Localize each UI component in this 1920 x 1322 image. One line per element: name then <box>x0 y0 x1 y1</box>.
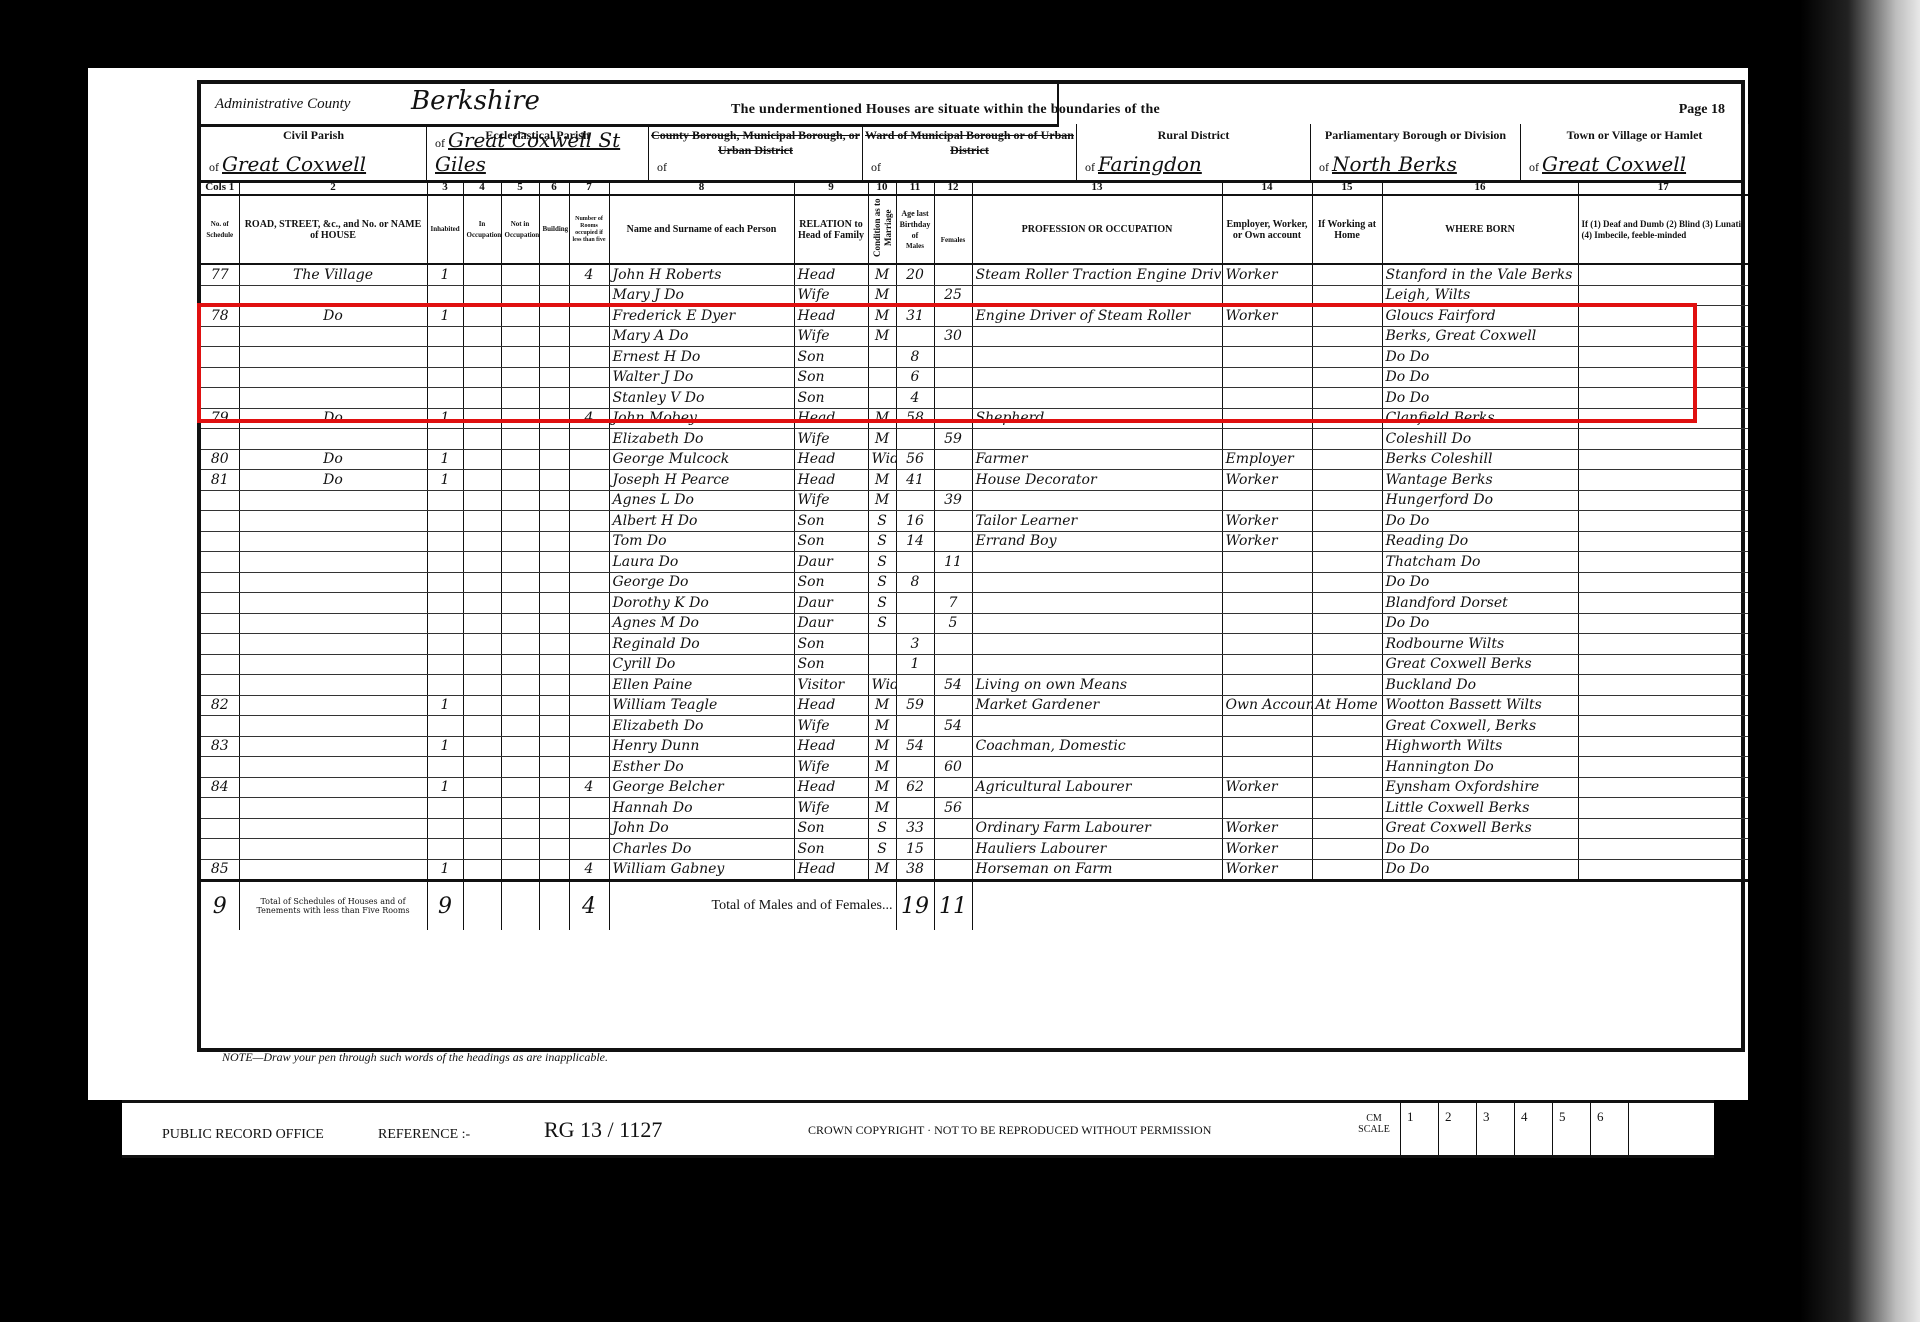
heading-rooms: Number of Rooms occupied if less than fi… <box>569 195 609 264</box>
age-male <box>896 429 934 450</box>
relation-to-head: Son <box>794 654 868 675</box>
houses-inhabited <box>427 839 463 860</box>
person-name: Esther Do <box>609 757 794 778</box>
working-at-home: At Home <box>1312 695 1382 716</box>
age-female: 56 <box>934 798 972 819</box>
age-male <box>896 613 934 634</box>
table-row: 831Henry DunnHeadM54Coachman, DomesticHi… <box>201 736 1748 757</box>
houses-inhabited <box>427 552 463 573</box>
houses-in-occupation <box>463 654 501 675</box>
heading-not-in-occupation: Not in Occupation <box>501 195 539 264</box>
occupation <box>972 367 1222 388</box>
employment-status <box>1222 593 1312 614</box>
working-at-home <box>1312 306 1382 327</box>
houses-not-in-occupation <box>501 572 539 593</box>
birthplace: Eynsham Oxfordshire <box>1382 777 1578 798</box>
rooms-count: 4 <box>569 264 609 285</box>
relation-to-head: Wife <box>794 429 868 450</box>
column-number: 17 <box>1578 180 1748 195</box>
relation-to-head: Son <box>794 367 868 388</box>
road-or-house <box>239 757 427 778</box>
age-female <box>934 306 972 327</box>
heading-condition: Condition as to Marriage <box>868 195 896 264</box>
person-name: George Belcher <box>609 777 794 798</box>
houses-in-occupation <box>463 429 501 450</box>
working-at-home <box>1312 552 1382 573</box>
schedule-number <box>201 347 239 368</box>
table-row: 78Do1Frederick E DyerHeadM31Engine Drive… <box>201 306 1748 327</box>
birthplace: Great Coxwell Berks <box>1382 654 1578 675</box>
employment-status: Worker <box>1222 818 1312 839</box>
houses-inhabited <box>427 634 463 655</box>
column-number: 12 <box>934 180 972 195</box>
birthplace: Clanfield Berks <box>1382 408 1578 429</box>
age-female <box>934 695 972 716</box>
relation-to-head: Son <box>794 839 868 860</box>
employment-status <box>1222 285 1312 306</box>
cm-scale: 123456 <box>1400 1103 1718 1155</box>
houses-inhabited <box>427 572 463 593</box>
houses-not-in-occupation <box>501 634 539 655</box>
age-male <box>896 716 934 737</box>
birthplace: Blandford Dorset <box>1382 593 1578 614</box>
age-male: 14 <box>896 531 934 552</box>
total-rooms: 4 <box>569 881 609 931</box>
working-at-home <box>1312 654 1382 675</box>
heading-employer: Employer, Worker, or Own account <box>1222 195 1312 264</box>
cm-scale-label: CM SCALE <box>1352 1113 1396 1135</box>
table-row: Esther DoWifeM60Hannington Do <box>201 757 1748 778</box>
area-value-line: of Great Coxwell St Giles <box>435 128 648 176</box>
birthplace: Highworth Wilts <box>1382 736 1578 757</box>
relation-to-head: Daur <box>794 552 868 573</box>
scan-edge-shadow <box>1800 0 1920 1322</box>
houses-building <box>539 757 569 778</box>
birthplace: Stanford in the Vale Berks <box>1382 264 1578 285</box>
houses-in-occupation <box>463 572 501 593</box>
rooms-count <box>569 593 609 614</box>
houses-not-in-occupation <box>501 552 539 573</box>
age-male: 62 <box>896 777 934 798</box>
houses-not-in-occupation <box>501 347 539 368</box>
age-female <box>934 818 972 839</box>
area-field: County Borough, Municipal Borough, or Ur… <box>649 124 863 180</box>
table-row: 80Do1George MulcockHeadWidr56FarmerEmplo… <box>201 449 1748 470</box>
birthplace: Do Do <box>1382 511 1578 532</box>
age-female: 11 <box>934 552 972 573</box>
houses-building <box>539 552 569 573</box>
schedule-number: 79 <box>201 408 239 429</box>
age-male: 58 <box>896 408 934 429</box>
table-row: Tom DoSonS14Errand BoyWorkerReading Do <box>201 531 1748 552</box>
infirmity <box>1578 798 1748 819</box>
age-female: 25 <box>934 285 972 306</box>
rooms-count <box>569 367 609 388</box>
schedule-number <box>201 613 239 634</box>
rooms-count <box>569 285 609 306</box>
person-name: Henry Dunn <box>609 736 794 757</box>
houses-inhabited <box>427 367 463 388</box>
employment-status: Worker <box>1222 470 1312 491</box>
schedule-number <box>201 531 239 552</box>
road-or-house <box>239 634 427 655</box>
birthplace: Thatcham Do <box>1382 552 1578 573</box>
marital-condition: M <box>868 470 896 491</box>
column-number: Cols 1 <box>201 180 239 195</box>
schedule-number <box>201 552 239 573</box>
total-females: 11 <box>934 881 972 931</box>
infirmity <box>1578 285 1748 306</box>
age-male: 31 <box>896 306 934 327</box>
occupation: Steam Roller Traction Engine Driver <box>972 264 1222 285</box>
houses-building <box>539 264 569 285</box>
table-row: Ernest H DoSon8Do Do <box>201 347 1748 368</box>
age-male: 8 <box>896 347 934 368</box>
column-number: 4 <box>463 180 501 195</box>
cm-scale-mark: 4 <box>1514 1103 1552 1155</box>
occupation <box>972 388 1222 409</box>
person-name: Elizabeth Do <box>609 716 794 737</box>
rooms-count <box>569 470 609 491</box>
heading-building: Building <box>539 195 569 264</box>
houses-inhabited <box>427 798 463 819</box>
person-name: John Mobey <box>609 408 794 429</box>
road-or-house <box>239 777 427 798</box>
occupation: Shepherd <box>972 408 1222 429</box>
age-female <box>934 264 972 285</box>
rooms-count <box>569 429 609 450</box>
occupation: Ordinary Farm Labourer <box>972 818 1222 839</box>
marital-condition: M <box>868 306 896 327</box>
column-number: 16 <box>1382 180 1578 195</box>
road-or-house <box>239 511 427 532</box>
houses-not-in-occupation <box>501 531 539 552</box>
schedule-number <box>201 818 239 839</box>
houses-not-in-occupation <box>501 388 539 409</box>
age-female <box>934 736 972 757</box>
working-at-home <box>1312 470 1382 491</box>
table-row: Agnes L DoWifeM39Hungerford Do <box>201 490 1748 511</box>
schedule-number <box>201 326 239 347</box>
infirmity <box>1578 839 1748 860</box>
schedule-number: 78 <box>201 306 239 327</box>
houses-inhabited <box>427 675 463 696</box>
houses-inhabited <box>427 490 463 511</box>
birthplace: Do Do <box>1382 388 1578 409</box>
area-value-line: of Faringdon <box>1085 152 1202 176</box>
marital-condition: M <box>868 326 896 347</box>
copyright-notice: CROWN COPYRIGHT · NOT TO BE REPRODUCED W… <box>808 1123 1211 1138</box>
person-name: Frederick E Dyer <box>609 306 794 327</box>
marital-condition: M <box>868 429 896 450</box>
heading-where-born: WHERE BORN <box>1382 195 1578 264</box>
heading-at-home: If Working at Home <box>1312 195 1382 264</box>
birthplace: Coleshill Do <box>1382 429 1578 450</box>
person-name: Cyrill Do <box>609 654 794 675</box>
houses-inhabited: 1 <box>427 449 463 470</box>
working-at-home <box>1312 367 1382 388</box>
column-number: 2 <box>239 180 427 195</box>
road-or-house <box>239 716 427 737</box>
birthplace: Do Do <box>1382 367 1578 388</box>
working-at-home <box>1312 736 1382 757</box>
occupation <box>972 613 1222 634</box>
age-male: 33 <box>896 818 934 839</box>
houses-building <box>539 818 569 839</box>
relation-to-head: Son <box>794 388 868 409</box>
houses-building <box>539 736 569 757</box>
road-or-house <box>239 429 427 450</box>
schedule-number <box>201 388 239 409</box>
houses-building <box>539 859 569 881</box>
rooms-count: 4 <box>569 777 609 798</box>
rooms-count <box>569 798 609 819</box>
houses-not-in-occupation <box>501 716 539 737</box>
occupation: Coachman, Domestic <box>972 736 1222 757</box>
schedule-number: 83 <box>201 736 239 757</box>
houses-building <box>539 326 569 347</box>
area-value: Great Coxwell St Giles <box>435 128 620 176</box>
road-or-house <box>239 859 427 881</box>
working-at-home <box>1312 326 1382 347</box>
age-female <box>934 408 972 429</box>
marital-condition <box>868 347 896 368</box>
age-male: 15 <box>896 839 934 860</box>
marital-condition <box>868 654 896 675</box>
houses-not-in-occupation <box>501 818 539 839</box>
relation-to-head: Son <box>794 818 868 839</box>
marital-condition: Widr <box>868 449 896 470</box>
schedule-number <box>201 429 239 450</box>
person-name: Walter J Do <box>609 367 794 388</box>
birthplace: Do Do <box>1382 572 1578 593</box>
birthplace: Do Do <box>1382 613 1578 634</box>
houses-building <box>539 695 569 716</box>
rooms-count <box>569 839 609 860</box>
age-female: 39 <box>934 490 972 511</box>
person-name: Agnes L Do <box>609 490 794 511</box>
birthplace: Wootton Bassett Wilts <box>1382 695 1578 716</box>
working-at-home <box>1312 593 1382 614</box>
rooms-count <box>569 613 609 634</box>
birthplace: Gloucs Fairford <box>1382 306 1578 327</box>
schedule-number: 81 <box>201 470 239 491</box>
table-row: 821William TeagleHeadM59Market GardenerO… <box>201 695 1748 716</box>
houses-building <box>539 613 569 634</box>
marital-condition: M <box>868 798 896 819</box>
schedule-number: 77 <box>201 264 239 285</box>
marital-condition: S <box>868 593 896 614</box>
marital-condition <box>868 634 896 655</box>
relation-to-head: Son <box>794 634 868 655</box>
age-female: 59 <box>934 429 972 450</box>
schedule-number <box>201 839 239 860</box>
age-female <box>934 654 972 675</box>
working-at-home <box>1312 839 1382 860</box>
occupation <box>972 347 1222 368</box>
marital-condition: S <box>868 552 896 573</box>
employment-status <box>1222 613 1312 634</box>
rooms-count <box>569 449 609 470</box>
age-male <box>896 552 934 573</box>
table-row: Elizabeth DoWifeM54Great Coxwell, Berks <box>201 716 1748 737</box>
rooms-count <box>569 552 609 573</box>
schedule-number <box>201 593 239 614</box>
schedule-number <box>201 285 239 306</box>
relation-to-head: Wife <box>794 716 868 737</box>
houses-in-occupation <box>463 798 501 819</box>
area-value: Great Coxwell <box>222 152 366 176</box>
infirmity <box>1578 552 1748 573</box>
houses-in-occupation <box>463 839 501 860</box>
rooms-count <box>569 654 609 675</box>
houses-not-in-occupation <box>501 839 539 860</box>
houses-building <box>539 777 569 798</box>
rooms-count <box>569 818 609 839</box>
working-at-home <box>1312 408 1382 429</box>
reference-value: RG 13 / 1127 <box>544 1117 662 1143</box>
age-male: 38 <box>896 859 934 881</box>
houses-in-occupation <box>463 695 501 716</box>
age-female <box>934 367 972 388</box>
age-male <box>896 757 934 778</box>
occupation: Agricultural Labourer <box>972 777 1222 798</box>
column-headings-row: No. of Schedule ROAD, STREET, &c., and N… <box>201 195 1748 264</box>
administrative-county-label: Administrative County <box>215 96 350 113</box>
houses-in-occupation <box>463 818 501 839</box>
working-at-home <box>1312 798 1382 819</box>
houses-not-in-occupation <box>501 777 539 798</box>
schedule-number <box>201 757 239 778</box>
working-at-home <box>1312 757 1382 778</box>
working-at-home <box>1312 429 1382 450</box>
area-label: Parliamentary Borough or Division <box>1311 124 1520 143</box>
census-rows: 77The Village14John H RobertsHeadM20Stea… <box>201 264 1748 881</box>
table-row: John DoSonS33Ordinary Farm LabourerWorke… <box>201 818 1748 839</box>
houses-inhabited <box>427 757 463 778</box>
working-at-home <box>1312 490 1382 511</box>
marital-condition: S <box>868 531 896 552</box>
column-number: 9 <box>794 180 868 195</box>
table-row: Stanley V DoSon4Do Do <box>201 388 1748 409</box>
houses-in-occupation <box>463 613 501 634</box>
marital-condition: M <box>868 695 896 716</box>
area-boundaries-row: Civil Parishof Great CoxwellEcclesiastic… <box>201 124 1741 183</box>
age-female <box>934 572 972 593</box>
age-female <box>934 449 972 470</box>
area-label: Civil Parish <box>201 124 426 143</box>
working-at-home <box>1312 634 1382 655</box>
table-row: Walter J DoSon6Do Do <box>201 367 1748 388</box>
relation-to-head: Head <box>794 306 868 327</box>
relation-to-head: Head <box>794 408 868 429</box>
houses-building <box>539 347 569 368</box>
occupation <box>972 593 1222 614</box>
age-male: 3 <box>896 634 934 655</box>
person-name: Agnes M Do <box>609 613 794 634</box>
age-female: 60 <box>934 757 972 778</box>
cm-scale-mark <box>1628 1103 1718 1155</box>
houses-inhabited <box>427 716 463 737</box>
column-number: 6 <box>539 180 569 195</box>
working-at-home <box>1312 264 1382 285</box>
heading-schedule: No. of Schedule <box>201 195 239 264</box>
working-at-home <box>1312 388 1382 409</box>
occupation: Hauliers Labourer <box>972 839 1222 860</box>
houses-not-in-occupation <box>501 675 539 696</box>
total-empty <box>463 881 501 931</box>
occupation <box>972 757 1222 778</box>
employment-status <box>1222 716 1312 737</box>
occupation: Tailor Learner <box>972 511 1222 532</box>
working-at-home <box>1312 285 1382 306</box>
relation-to-head: Son <box>794 531 868 552</box>
table-row: Hannah DoWifeM56Little Coxwell Berks <box>201 798 1748 819</box>
houses-inhabited <box>427 818 463 839</box>
area-field: Ward of Municipal Borough or of Urban Di… <box>863 124 1077 180</box>
age-female <box>934 531 972 552</box>
age-female <box>934 777 972 798</box>
rooms-count <box>569 531 609 552</box>
employment-status: Worker <box>1222 264 1312 285</box>
relation-to-head: Daur <box>794 593 868 614</box>
schedule-number <box>201 675 239 696</box>
marital-condition: M <box>868 408 896 429</box>
houses-inhabited <box>427 326 463 347</box>
area-field: Rural Districtof Faringdon <box>1077 124 1311 180</box>
relation-to-head: Head <box>794 777 868 798</box>
occupation <box>972 429 1222 450</box>
age-female: 7 <box>934 593 972 614</box>
working-at-home <box>1312 859 1382 881</box>
heading-name: Name and Surname of each Person <box>609 195 794 264</box>
age-male: 54 <box>896 736 934 757</box>
road-or-house <box>239 367 427 388</box>
houses-building <box>539 490 569 511</box>
person-name: Ernest H Do <box>609 347 794 368</box>
total-schedules: 9 <box>201 881 239 931</box>
table-row: Cyrill DoSon1Great Coxwell Berks <box>201 654 1748 675</box>
column-number: 8 <box>609 180 794 195</box>
column-number: 13 <box>972 180 1222 195</box>
infirmity <box>1578 777 1748 798</box>
infirmity <box>1578 511 1748 532</box>
archive-footer: PUBLIC RECORD OFFICE REFERENCE :- RG 13 … <box>122 1100 1714 1158</box>
infirmity <box>1578 408 1748 429</box>
relation-to-head: Head <box>794 859 868 881</box>
marital-condition: S <box>868 511 896 532</box>
houses-in-occupation <box>463 552 501 573</box>
heading-infirmity: If (1) Deaf and Dumb (2) Blind (3) Lunat… <box>1578 195 1748 264</box>
employment-status <box>1222 552 1312 573</box>
occupation: Living on own Means <box>972 675 1222 696</box>
infirmity <box>1578 264 1748 285</box>
form-title: The undermentioned Houses are situate wi… <box>731 102 1160 118</box>
area-value-line: of Great Coxwell <box>1529 152 1686 176</box>
marital-condition: Wid <box>868 675 896 696</box>
birthplace: Reading Do <box>1382 531 1578 552</box>
houses-in-occupation <box>463 593 501 614</box>
person-name: Tom Do <box>609 531 794 552</box>
employment-status <box>1222 654 1312 675</box>
road-or-house <box>239 675 427 696</box>
houses-building <box>539 449 569 470</box>
heading-road: ROAD, STREET, &c., and No. or NAME of HO… <box>239 195 427 264</box>
occupation <box>972 716 1222 737</box>
houses-in-occupation <box>463 449 501 470</box>
census-form: Administrative County Berkshire The unde… <box>197 80 1745 1052</box>
schedule-number <box>201 511 239 532</box>
